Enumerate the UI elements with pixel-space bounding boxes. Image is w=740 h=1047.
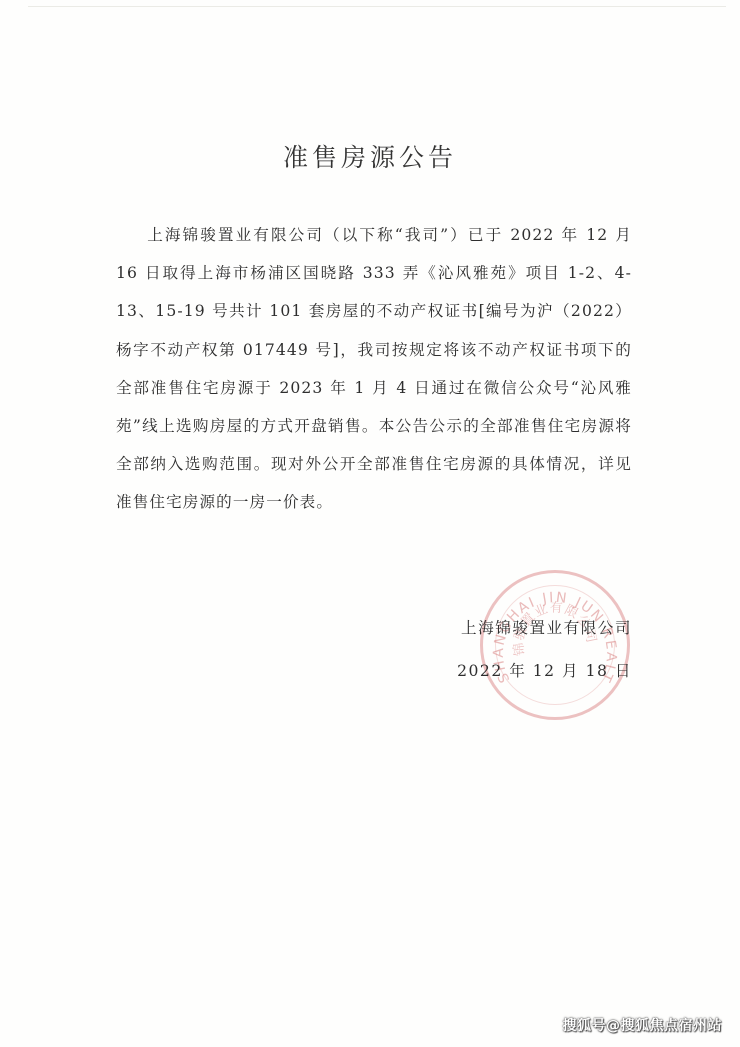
body-paragraph: 上海锦骏置业有限公司（以下称“我司”）已于 2022 年 12 月 16 日取得… <box>116 216 632 522</box>
paper-edge <box>28 6 726 7</box>
document-body: 上海锦骏置业有限公司（以下称“我司”）已于 2022 年 12 月 16 日取得… <box>116 216 632 522</box>
watermark: 搜狐号@搜狐焦点宿州站 <box>563 1015 723 1035</box>
signature-block: 上海锦骏置业有限公司 2022 年 12 月 18 日 <box>457 607 632 693</box>
document-page: 准售房源公告 上海锦骏置业有限公司（以下称“我司”）已于 2022 年 12 月… <box>0 0 740 1047</box>
signature-company: 上海锦骏置业有限公司 <box>457 607 632 650</box>
document-title: 准售房源公告 <box>0 138 740 174</box>
signature-date: 2022 年 12 月 18 日 <box>457 650 632 693</box>
